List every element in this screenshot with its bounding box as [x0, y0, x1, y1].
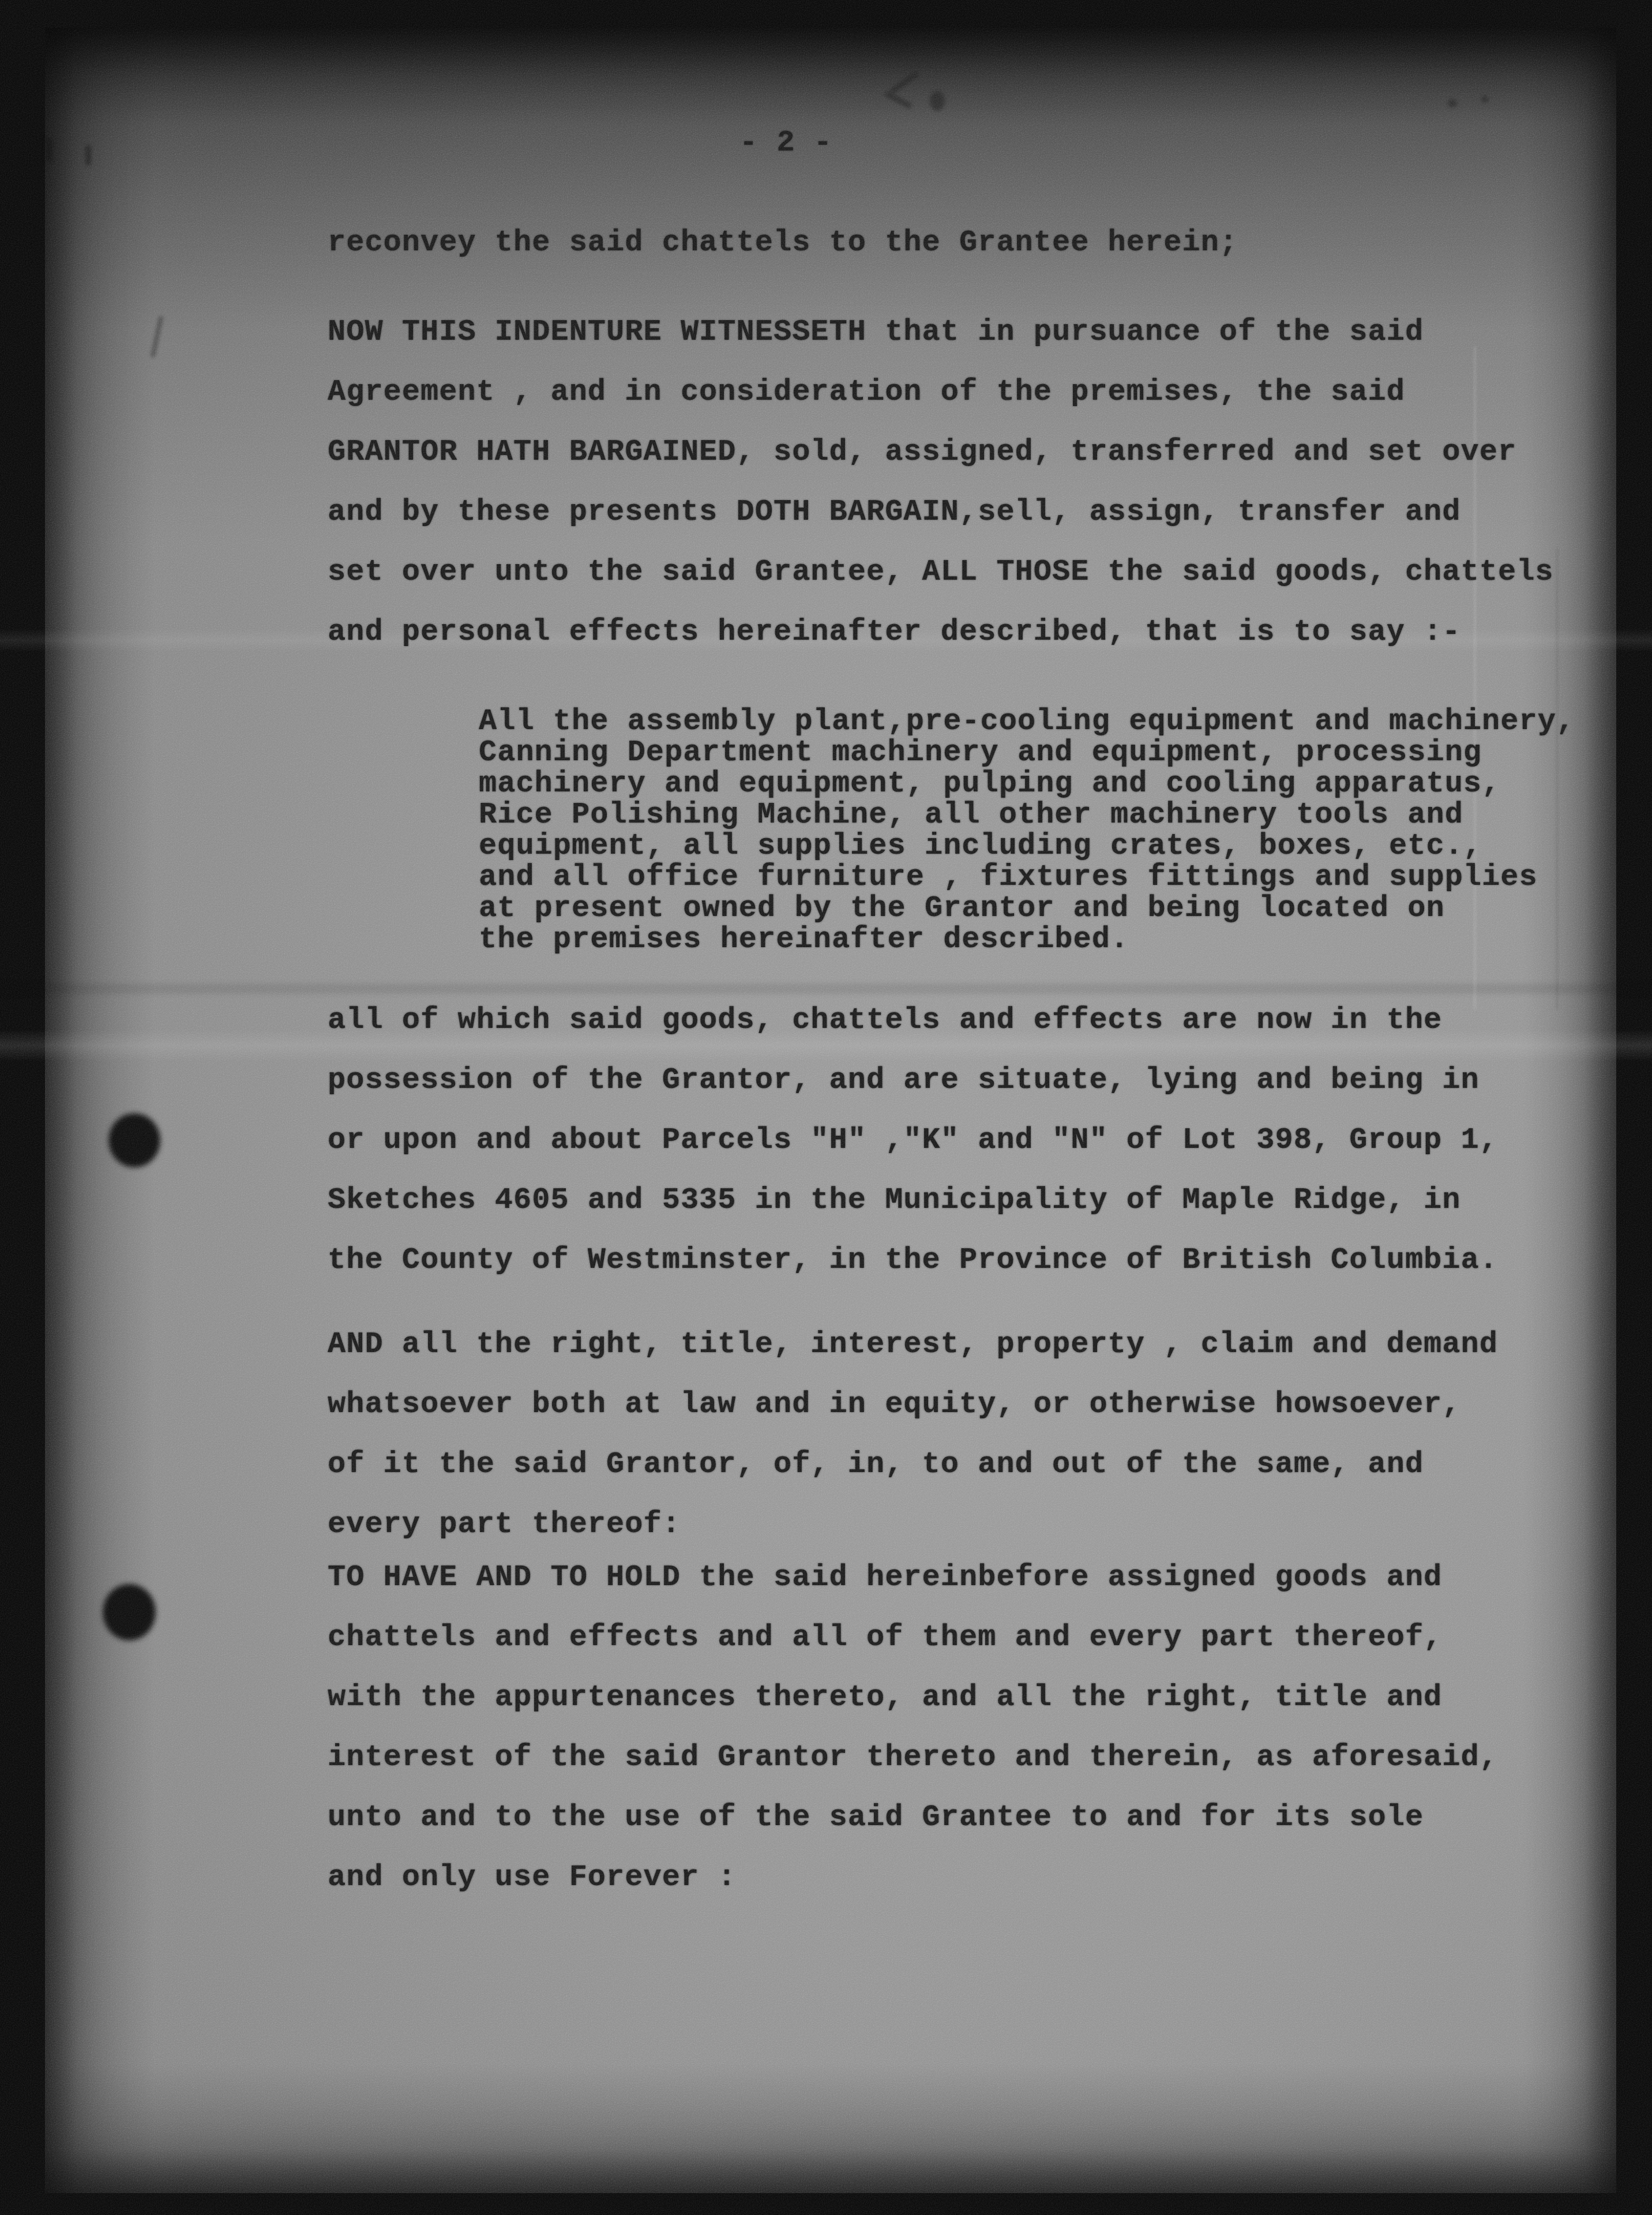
paragraph-reconvey: reconvey the said chattels to the Grante…	[328, 212, 1614, 272]
text-line: all of which said goods, chattels and ef…	[328, 990, 1614, 1050]
text-line: unto and to the use of the said Grantee …	[328, 1787, 1614, 1847]
text-line: and only use Forever :	[328, 1847, 1614, 1907]
text-line: the premises hereinafter described.	[479, 923, 1632, 955]
paragraph-schedule-of-goods: All the assembly plant,pre-cooling equip…	[479, 705, 1632, 955]
text-line: and personal effects hereinafter describ…	[328, 602, 1614, 662]
paragraph-witnesseth: NOW THIS INDENTURE WITNESSETH that in pu…	[328, 302, 1614, 662]
text-line: GRANTOR HATH BARGAINED, sold, assigned, …	[328, 422, 1614, 482]
text-line: of it the said Grantor, of, in, to and o…	[328, 1434, 1614, 1494]
paragraph-rights: AND all the right, title, interest, prop…	[328, 1314, 1614, 1554]
text-line: Sketches 4605 and 5335 in the Municipali…	[328, 1170, 1614, 1230]
page-number: - 2 -	[739, 126, 832, 160]
text-line: the County of Westminster, in the Provin…	[328, 1230, 1614, 1290]
text-line: every part thereof:	[328, 1494, 1614, 1554]
text-line: set over unto the said Grantee, ALL THOS…	[328, 542, 1614, 602]
text-line: TO HAVE AND TO HOLD the said hereinbefor…	[328, 1547, 1614, 1607]
text-line: AND all the right, title, interest, prop…	[328, 1314, 1614, 1374]
typewritten-text-layer: - 2 - reconvey the said chattels to the …	[0, 0, 1652, 2215]
text-line: Agreement , and in consideration of the …	[328, 362, 1614, 422]
text-line: All the assembly plant,pre-cooling equip…	[479, 705, 1632, 737]
text-line: and all office furniture , fixtures fitt…	[479, 861, 1632, 892]
text-line: whatsoever both at law and in equity, or…	[328, 1374, 1614, 1434]
text-line: and by these presents DOTH BARGAIN,sell,…	[328, 482, 1614, 542]
text-line: Rice Polishing Machine, all other machin…	[479, 799, 1632, 830]
text-line: interest of the said Grantor thereto and…	[328, 1727, 1614, 1787]
text-line: NOW THIS INDENTURE WITNESSETH that in pu…	[328, 302, 1614, 362]
text-line: or upon and about Parcels "H" ,"K" and "…	[328, 1110, 1614, 1170]
paragraph-possession: all of which said goods, chattels and ef…	[328, 990, 1614, 1290]
text-line: with the appurtenances thereto, and all …	[328, 1667, 1614, 1727]
text-line: chattels and effects and all of them and…	[328, 1607, 1614, 1667]
text-line: machinery and equipment, pulping and coo…	[479, 768, 1632, 799]
text-line: reconvey the said chattels to the Grante…	[328, 212, 1614, 272]
text-line: possession of the Grantor, and are situa…	[328, 1050, 1614, 1110]
text-line: at present owned by the Grantor and bein…	[479, 892, 1632, 923]
text-line: Canning Department machinery and equipme…	[479, 737, 1632, 768]
text-line: equipment, all supplies including crates…	[479, 830, 1632, 861]
paragraph-habendum: TO HAVE AND TO HOLD the said hereinbefor…	[328, 1547, 1614, 1907]
scanned-document-page: - 2 - reconvey the said chattels to the …	[0, 0, 1652, 2215]
